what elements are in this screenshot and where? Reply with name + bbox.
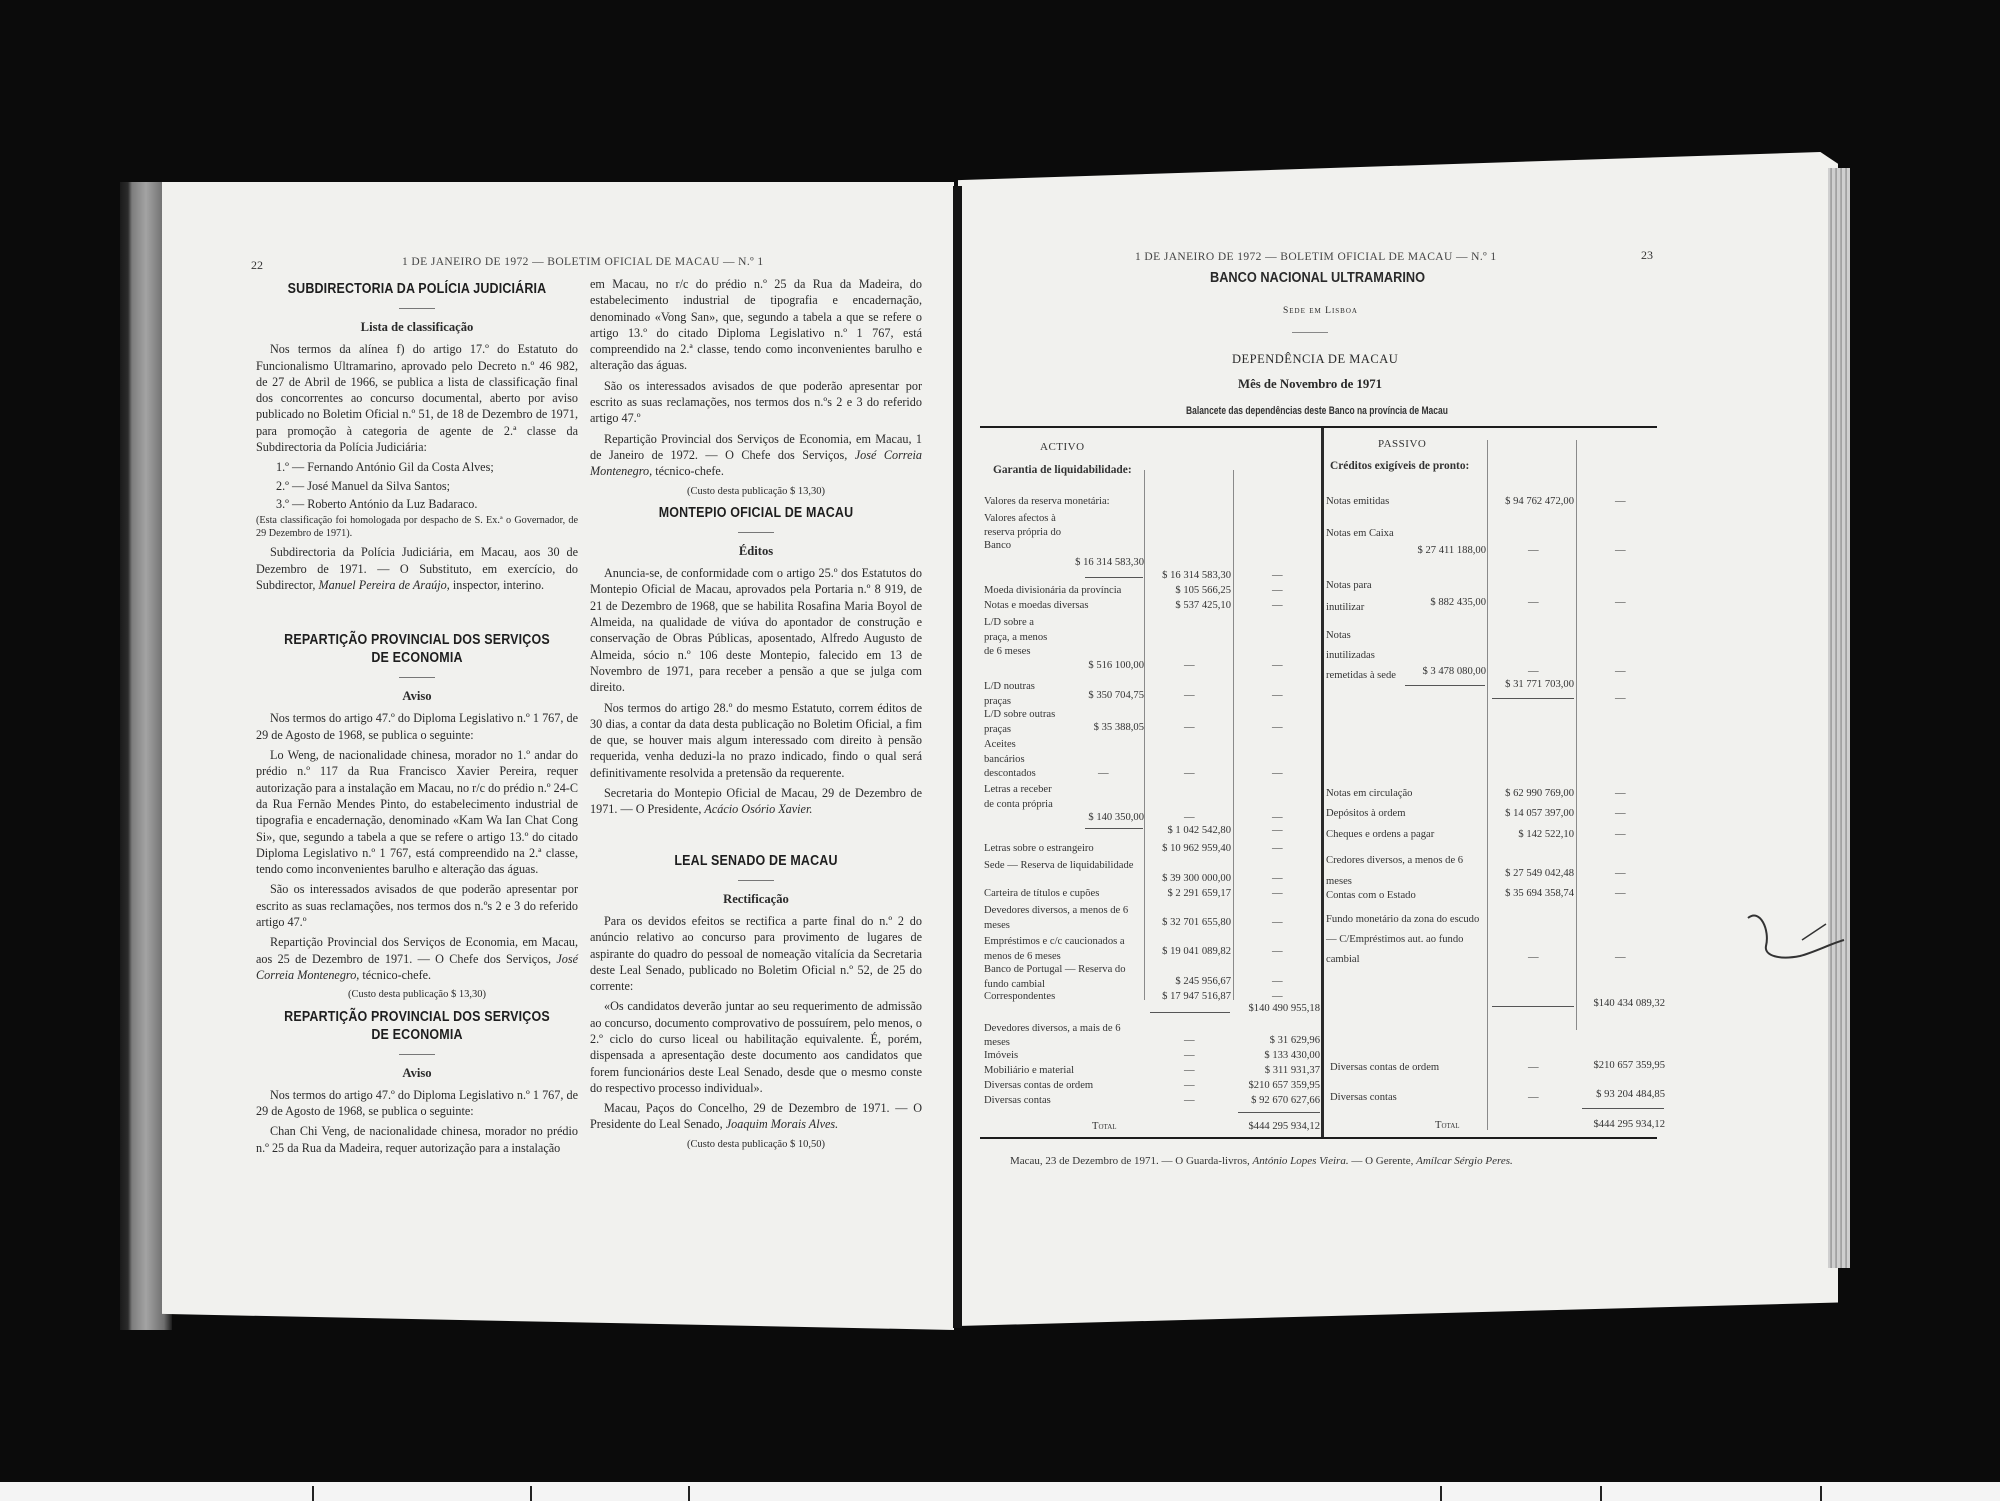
paragraph: Chan Chi Veng, de nacionalidade chinesa,… [256, 1123, 578, 1156]
passivo-row-label: Credores diversos, a menos de 6 meses [1326, 850, 1486, 892]
bank-seat: Sede em Lisboa [1283, 306, 1358, 316]
paragraph: São os interessados avisados de que pode… [256, 881, 578, 930]
section-subtitle: Aviso [256, 1065, 578, 1081]
paragraph: Nos termos do artigo 47.º do Diploma Leg… [256, 710, 578, 743]
classification-item: 2.º — José Manuel da Silva Santos; [276, 478, 578, 494]
running-head-right: 1 DE JANEIRO DE 1972 — BOLETIM OFICIAL D… [1135, 251, 1497, 263]
activo-row-label: Valores afectos à reserva própria do Ban… [984, 512, 1070, 553]
report-month: Mês de Novembro de 1971 [1238, 377, 1382, 392]
signature-block: Repartição Provincial dos Serviços de Ec… [590, 431, 922, 480]
left-column-2: em Macau, no r/c do prédio n.º 25 da Rua… [590, 276, 922, 1157]
left-column-1: SUBDIRECTORIA DA POLÍCIA JUDICIÁRIA List… [256, 280, 578, 1160]
activo-row-value: $ 92 670 627,66 [1228, 1095, 1320, 1106]
activo-row-value: — [1272, 843, 1283, 854]
passivo-row-label: Diversas contas de ordem [1330, 1062, 1439, 1073]
section-subtitle: Éditos [590, 543, 922, 559]
passivo-row-value: — [1615, 868, 1626, 879]
activo-row-label: Notas e moedas diversas [984, 600, 1088, 611]
passivo-row-value: $ 27 411 188,00 [1400, 545, 1486, 556]
activo-reserve-label: Valores da reserva monetária: [984, 496, 1110, 507]
activo-row-label: L/D sobre outras praças [984, 708, 1058, 737]
signatory-role: inspector, interino. [453, 578, 544, 592]
section-title: MONTEPIO OFICIAL DE MACAU [613, 504, 899, 522]
passivo-row-label: Diversas contas [1330, 1092, 1397, 1103]
activo-row-value: $ 311 931,37 [1228, 1065, 1320, 1076]
activo-row-value: — [1184, 1035, 1195, 1046]
balance-signature: Macau, 23 de Dezembro de 1971. — O Guard… [1010, 1155, 1513, 1167]
table-top-rule [980, 426, 1657, 428]
publication-cost: (Custo desta publicação $ 13,30) [590, 484, 922, 500]
activo-row-value: — [1272, 585, 1283, 596]
activo-row-label: L/D sobre a praça, a menos de 6 meses [984, 616, 1054, 660]
signatory-name: Acácio Osório Xavier. [704, 802, 812, 816]
activo-row-label: Correspondentes [984, 991, 1055, 1002]
signatory-name: Manuel Pereira de Araújo, [318, 578, 449, 592]
signatory-role: técnico-chefe. [655, 464, 724, 478]
signature-block: Macau, Paços do Concelho, 29 de Dezembro… [590, 1100, 922, 1133]
running-head-left: 1 DE JANEIRO DE 1972 — BOLETIM OFICIAL D… [402, 256, 764, 268]
sum-line [1238, 1112, 1320, 1113]
activo-row-label: Empréstimos e c/c caucionados a menos de… [984, 934, 1140, 964]
section-subtitle: Aviso [256, 688, 578, 704]
signature-text: — O Gerente, [1351, 1155, 1413, 1167]
activo-row-value: — [1272, 600, 1283, 611]
passivo-row-value: — [1528, 952, 1539, 963]
passivo-row-value: $ 62 990 769,00 [1489, 788, 1574, 799]
activo-row-value: $ 16 314 583,30 [1060, 557, 1144, 568]
passivo-row-value: — [1615, 788, 1626, 799]
page-number-left: 22 [251, 258, 263, 273]
balance-title: Balancete das dependências deste Banco n… [1186, 405, 1448, 417]
activo-row-label: Sede — Reserva de liquidabilidade [984, 858, 1140, 873]
activo-row-value: — [1184, 1080, 1195, 1091]
divider [399, 308, 435, 309]
passivo-row-label: Cheques e ordens a pagar [1326, 829, 1434, 840]
activo-row-value: $ 2 291 659,17 [1146, 888, 1231, 899]
passivo-row-value: $ 94 762 472,00 [1489, 496, 1574, 507]
classification-item: 1.º — Fernando António Gil da Costa Alve… [276, 459, 578, 475]
activo-row-value: — [1184, 1050, 1195, 1061]
passivo-row-value: — [1528, 1062, 1539, 1073]
passivo-total: $444 295 934,12 [1576, 1119, 1665, 1130]
activo-row-value: — [1184, 768, 1195, 779]
activo-row-value: $ 39 300 000,00 [1146, 873, 1231, 884]
divider [738, 532, 774, 533]
activo-row-value: — [1272, 825, 1283, 836]
activo-total-label: Total [1092, 1121, 1117, 1132]
classification-item: 3.º — Roberto António da Luz Badaraco. [276, 496, 578, 512]
section-title: LEAL SENADO DE MACAU [613, 852, 899, 870]
passivo-row-label: Depósitos à ordem [1326, 808, 1405, 819]
paragraph: Nos termos do artigo 28.º do mesmo Estat… [590, 700, 922, 781]
passivo-row-value: — [1528, 1092, 1539, 1103]
activo-row-value: $ 32 701 655,80 [1146, 917, 1231, 928]
passivo-row-value: — [1615, 952, 1626, 963]
film-tick [1600, 1486, 1602, 1501]
passivo-row-label: Notas em Caixa [1326, 523, 1396, 545]
passivo-row-value: $ 3 478 080,00 [1400, 666, 1486, 677]
activo-row-value: — [1184, 690, 1195, 701]
signatory-role: técnico-chefe. [362, 968, 431, 982]
signature-block: Repartição Provincial dos Serviços de Ec… [256, 934, 578, 983]
passivo-row-label: Notas inutilizadas remetidas à sede [1326, 626, 1396, 686]
sum-line [1085, 828, 1143, 829]
column-rule [1576, 440, 1577, 1030]
film-tick [688, 1486, 690, 1501]
paragraph: São os interessados avisados de que pode… [590, 378, 922, 427]
note: (Esta classificação foi homologada por d… [256, 514, 578, 540]
passivo-row-value: — [1615, 666, 1626, 677]
divider [738, 880, 774, 881]
passivo-row-value: — [1615, 693, 1626, 704]
activo-row-value: — [1272, 991, 1283, 1002]
activo-row-value: — [1272, 812, 1283, 823]
activo-row-value: $ 516 100,00 [1060, 660, 1144, 671]
passivo-row-value: — [1528, 597, 1539, 608]
film-tick [1820, 1486, 1822, 1501]
passivo-row-value: — [1528, 545, 1539, 556]
activo-row-label: Devedores diversos, a menos de 6 meses [984, 903, 1140, 933]
activo-row-value: — [1272, 888, 1283, 899]
activo-group: Garantia de liquidabilidade: [993, 463, 1143, 478]
section-subtitle: Rectificação [590, 891, 922, 907]
activo-row-value: $ 31 629,96 [1228, 1035, 1320, 1046]
activo-row-value: — [1272, 690, 1283, 701]
sum-line [1085, 577, 1143, 578]
activo-row-value: — [1184, 1065, 1195, 1076]
column-rule [1144, 470, 1145, 1000]
table-bottom-rule [980, 1137, 1657, 1139]
activo-row-label: Banco de Portugal — Reserva do fundo cam… [984, 962, 1140, 992]
activo-header: ACTIVO [1040, 441, 1085, 453]
paragraph: Lo Weng, de nacionalidade chinesa, morad… [256, 747, 578, 877]
sum-line [1492, 1006, 1574, 1007]
passivo-row-value: — [1615, 496, 1626, 507]
activo-row-value: — [1272, 946, 1283, 957]
activo-row-value: — [1272, 873, 1283, 884]
dependency-title: DEPENDÊNCIA DE MACAU [1232, 352, 1398, 367]
sum-line [1150, 1012, 1230, 1013]
passivo-row-value: $ 27 549 042,48 [1489, 868, 1574, 879]
right-page [958, 152, 1838, 1326]
passivo-row-value: — [1615, 597, 1626, 608]
activo-row-value: $ 19 041 089,82 [1146, 946, 1231, 957]
activo-row-value: — [1098, 768, 1109, 779]
section-subtitle: Lista de classificação [256, 319, 578, 335]
paragraph: Nos termos da alínea f) do artigo 17.º d… [256, 341, 578, 455]
passivo-row-label: Contas com o Estado [1326, 890, 1416, 901]
column-rule [1233, 470, 1234, 1000]
activo-row-value: — [1184, 722, 1195, 733]
passivo-row-value: — [1615, 829, 1626, 840]
activo-row-value: — [1272, 660, 1283, 671]
activo-row-label: Devedores diversos, a mais de 6 meses [984, 1022, 1140, 1050]
publication-cost: (Custo desta publicação $ 10,50) [590, 1137, 922, 1153]
passivo-row-value: — [1615, 545, 1626, 556]
activo-row-value: $ 245 956,67 [1146, 976, 1231, 987]
signature-text: Macau, 23 de Dezembro de 1971. — O Guard… [1010, 1155, 1250, 1167]
activo-row-label: Letras a receber de conta própria [984, 783, 1054, 812]
activo-row-value: — [1184, 1095, 1195, 1106]
passivo-row-value: $ 882 435,00 [1400, 597, 1486, 608]
table-center-divider [1321, 428, 1324, 1137]
section-title: REPARTIÇÃO PROVINCIAL DOS SERVIÇOS DE EC… [279, 1008, 556, 1044]
activo-row-value: — [1184, 660, 1195, 671]
passivo-row-value: $210 657 359,95 [1576, 1060, 1665, 1071]
activo-row-label: Carteira de títulos e cupões [984, 888, 1099, 899]
passivo-row-label: Notas para inutilizar [1326, 575, 1396, 619]
section-title: REPARTIÇÃO PROVINCIAL DOS SERVIÇOS DE EC… [279, 631, 556, 667]
page-gutter [953, 186, 962, 1328]
passivo-total-label: Total [1435, 1120, 1460, 1131]
bank-name: BANCO NACIONAL ULTRAMARINO [1210, 270, 1425, 286]
activo-row-value: — [1272, 570, 1283, 581]
signatory-name: Amílcar Sérgio Peres. [1416, 1155, 1513, 1167]
activo-row-label: L/D noutras praças [984, 680, 1054, 709]
passivo-row-value: $ 93 204 484,85 [1576, 1089, 1665, 1100]
film-tick [1440, 1486, 1442, 1501]
passivo-row-label: Fundo monetário da zona do escudo — C/Em… [1326, 910, 1486, 970]
activo-row-value: $210 657 359,95 [1228, 1080, 1320, 1091]
sum-line [1582, 1108, 1664, 1109]
activo-row-label: Imóveis [984, 1050, 1018, 1061]
page-edges [1828, 168, 1850, 1268]
activo-row-label: Mobiliário e material [984, 1065, 1074, 1076]
publication-cost: (Custo desta publicação $ 13,30) [256, 987, 578, 1003]
activo-row-value: $ 105 566,25 [1146, 585, 1231, 596]
page-number-right: 23 [1641, 248, 1653, 263]
activo-row-label: Letras sobre o estrangeiro [984, 843, 1094, 854]
activo-row-value: $ 1 042 542,80 [1146, 825, 1231, 836]
passivo-subtotal: $140 434 089,32 [1576, 998, 1665, 1009]
film-tick [530, 1486, 532, 1501]
sum-line [1492, 698, 1574, 699]
activo-row-value: $ 537 425,10 [1146, 600, 1231, 611]
paragraph: «Os candidatos deverão juntar ao seu req… [590, 998, 922, 1096]
activo-row-label: Aceites bancários descontados [984, 738, 1050, 782]
sum-line [1405, 685, 1485, 686]
passivo-row-label: Notas emitidas [1326, 496, 1389, 507]
divider [399, 1054, 435, 1055]
divider [399, 677, 435, 678]
paragraph: Nos termos do artigo 47.º do Diploma Leg… [256, 1087, 578, 1120]
passivo-row-value: $ 142 522,10 [1489, 829, 1574, 840]
passivo-row-value: — [1615, 808, 1626, 819]
activo-row-value: — [1272, 768, 1283, 779]
section-title: SUBDIRECTORIA DA POLÍCIA JUDICIÁRIA [279, 280, 556, 298]
activo-row-value: $ 350 704,75 [1060, 690, 1144, 701]
passivo-header: PASSIVO [1378, 438, 1426, 450]
signatory-name: Joaquim Morais Alves. [726, 1117, 839, 1131]
signature-text: Repartição Provincial dos Serviços de Ec… [256, 935, 578, 965]
passivo-row-value: $ 35 694 358,74 [1489, 888, 1574, 899]
activo-total: $444 295 934,12 [1228, 1121, 1320, 1132]
activo-row-value: — [1272, 917, 1283, 928]
passivo-row-label: Notas em circulação [1326, 788, 1412, 799]
passivo-row-value: — [1615, 888, 1626, 899]
activo-row-value: $ 35 388,05 [1060, 722, 1144, 733]
activo-row-label: Moeda divisionária da província [984, 585, 1121, 596]
passivo-row-value: $ 14 057 397,00 [1489, 808, 1574, 819]
divider [1292, 332, 1328, 333]
paragraph: em Macau, no r/c do prédio n.º 25 da Rua… [590, 276, 922, 374]
film-strip-edge [0, 1482, 2000, 1501]
passivo-row-value: $ 31 771 703,00 [1489, 679, 1574, 690]
film-tick [312, 1486, 314, 1501]
activo-row-label: Diversas contas [984, 1095, 1051, 1106]
activo-row-value: $ 133 430,00 [1228, 1050, 1320, 1061]
signature-block: Subdirectoria da Polícia Judiciária, em … [256, 544, 578, 593]
column-rule [1487, 440, 1488, 1130]
activo-row-value: $ 140 350,00 [1060, 812, 1144, 823]
signature-block: Secretaria do Montepio Oficial de Macau,… [590, 785, 922, 818]
activo-row-value: $ 17 947 516,87 [1146, 991, 1231, 1002]
activo-row-label: Diversas contas de ordem [984, 1080, 1093, 1091]
activo-row-value: — [1272, 976, 1283, 987]
activo-row-value: $ 16 314 583,30 [1146, 570, 1231, 581]
passivo-group: Créditos exigíveis de pronto: [1330, 459, 1486, 474]
activo-row-value: — [1184, 812, 1195, 823]
signatory-name: António Lopes Vieira. [1253, 1155, 1349, 1167]
activo-row-value: $ 10 962 959,40 [1146, 843, 1231, 854]
activo-row-value: — [1272, 722, 1283, 733]
passivo-row-value: — [1528, 666, 1539, 677]
paragraph: Anuncia-se, de conformidade com o artigo… [590, 565, 922, 695]
pen-scribble-mark [1740, 900, 1850, 980]
activo-subtotal: $140 490 955,18 [1228, 1003, 1320, 1014]
paragraph: Para os devidos efeitos se rectifica a p… [590, 913, 922, 994]
